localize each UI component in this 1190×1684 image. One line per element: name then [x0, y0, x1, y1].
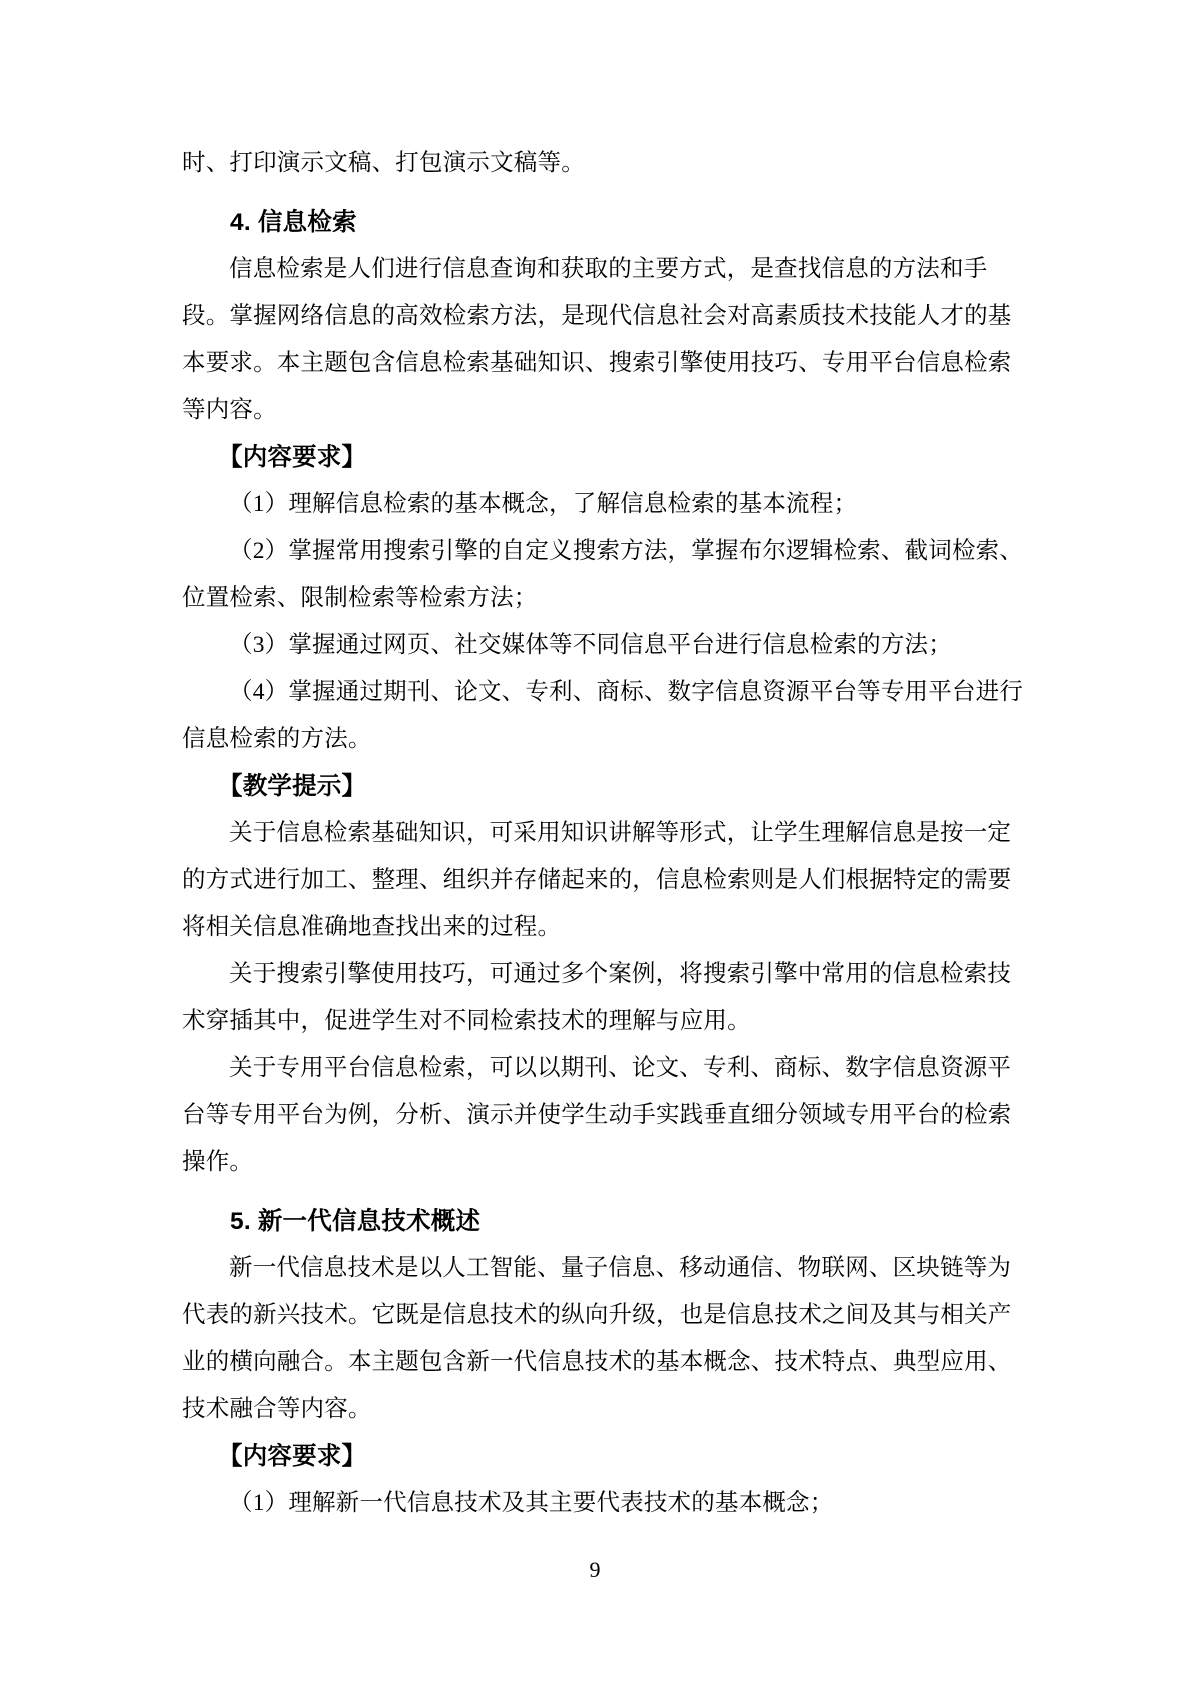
text-line: 的方式进行加工、整理、组织并存储起来的，信息检索则是人们根据特定的需要	[182, 857, 1022, 904]
document-page: 时、打印演示文稿、打包演示文稿等。4. 信息检索信息检索是人们进行信息查询和获取…	[0, 0, 1190, 1684]
section-label: 【内容要求】	[182, 1433, 1022, 1480]
text-line: 关于专用平台信息检索，可以以期刊、论文、专利、商标、数字信息资源平	[182, 1045, 1022, 1092]
page-number: 9	[0, 1546, 1190, 1593]
section-label: 【教学提示】	[182, 763, 1022, 810]
text-line: 信息检索是人们进行信息查询和获取的主要方式，是查找信息的方法和手	[182, 246, 1022, 293]
text-line: 段。掌握网络信息的高效检索方法，是现代信息社会对高素质技术技能人才的基	[182, 293, 1022, 340]
text-line: （3）掌握通过网页、社交媒体等不同信息平台进行信息检索的方法；	[182, 622, 1022, 669]
text-line: 代表的新兴技术。它既是信息技术的纵向升级，也是信息技术之间及其与相关产	[182, 1292, 1022, 1339]
section-heading: 5. 新一代信息技术概述	[182, 1198, 1022, 1245]
text-line: 技术融合等内容。	[182, 1386, 1022, 1433]
text-line: 信息检索的方法。	[182, 716, 1022, 763]
text-line: （4）掌握通过期刊、论文、专利、商标、数字信息资源平台等专用平台进行	[182, 669, 1022, 716]
text-line: （1）理解信息检索的基本概念，了解信息检索的基本流程；	[182, 481, 1022, 528]
text-line: 关于搜索引擎使用技巧，可通过多个案例，将搜索引擎中常用的信息检索技	[182, 951, 1022, 998]
text-line: 时、打印演示文稿、打包演示文稿等。	[182, 140, 1022, 187]
text-line: 位置检索、限制检索等检索方法；	[182, 575, 1022, 622]
page-body: 时、打印演示文稿、打包演示文稿等。4. 信息检索信息检索是人们进行信息查询和获取…	[182, 140, 1022, 1527]
text-line: 关于信息检索基础知识，可采用知识讲解等形式，让学生理解信息是按一定	[182, 810, 1022, 857]
text-line: 本要求。本主题包含信息检索基础知识、搜索引擎使用技巧、专用平台信息检索	[182, 340, 1022, 387]
text-line: 等内容。	[182, 387, 1022, 434]
text-line: 术穿插其中，促进学生对不同检索技术的理解与应用。	[182, 998, 1022, 1045]
section-label: 【内容要求】	[182, 434, 1022, 481]
section-heading: 4. 信息检索	[182, 199, 1022, 246]
text-line: 操作。	[182, 1139, 1022, 1186]
text-line: （2）掌握常用搜索引擎的自定义搜索方法，掌握布尔逻辑检索、截词检索、	[182, 528, 1022, 575]
text-line: 业的横向融合。本主题包含新一代信息技术的基本概念、技术特点、典型应用、	[182, 1339, 1022, 1386]
text-line: 新一代信息技术是以人工智能、量子信息、移动通信、物联网、区块链等为	[182, 1245, 1022, 1292]
text-line: 台等专用平台为例，分析、演示并使学生动手实践垂直细分领域专用平台的检索	[182, 1092, 1022, 1139]
text-line: 将相关信息准确地查找出来的过程。	[182, 904, 1022, 951]
text-line: （1）理解新一代信息技术及其主要代表技术的基本概念；	[182, 1480, 1022, 1527]
